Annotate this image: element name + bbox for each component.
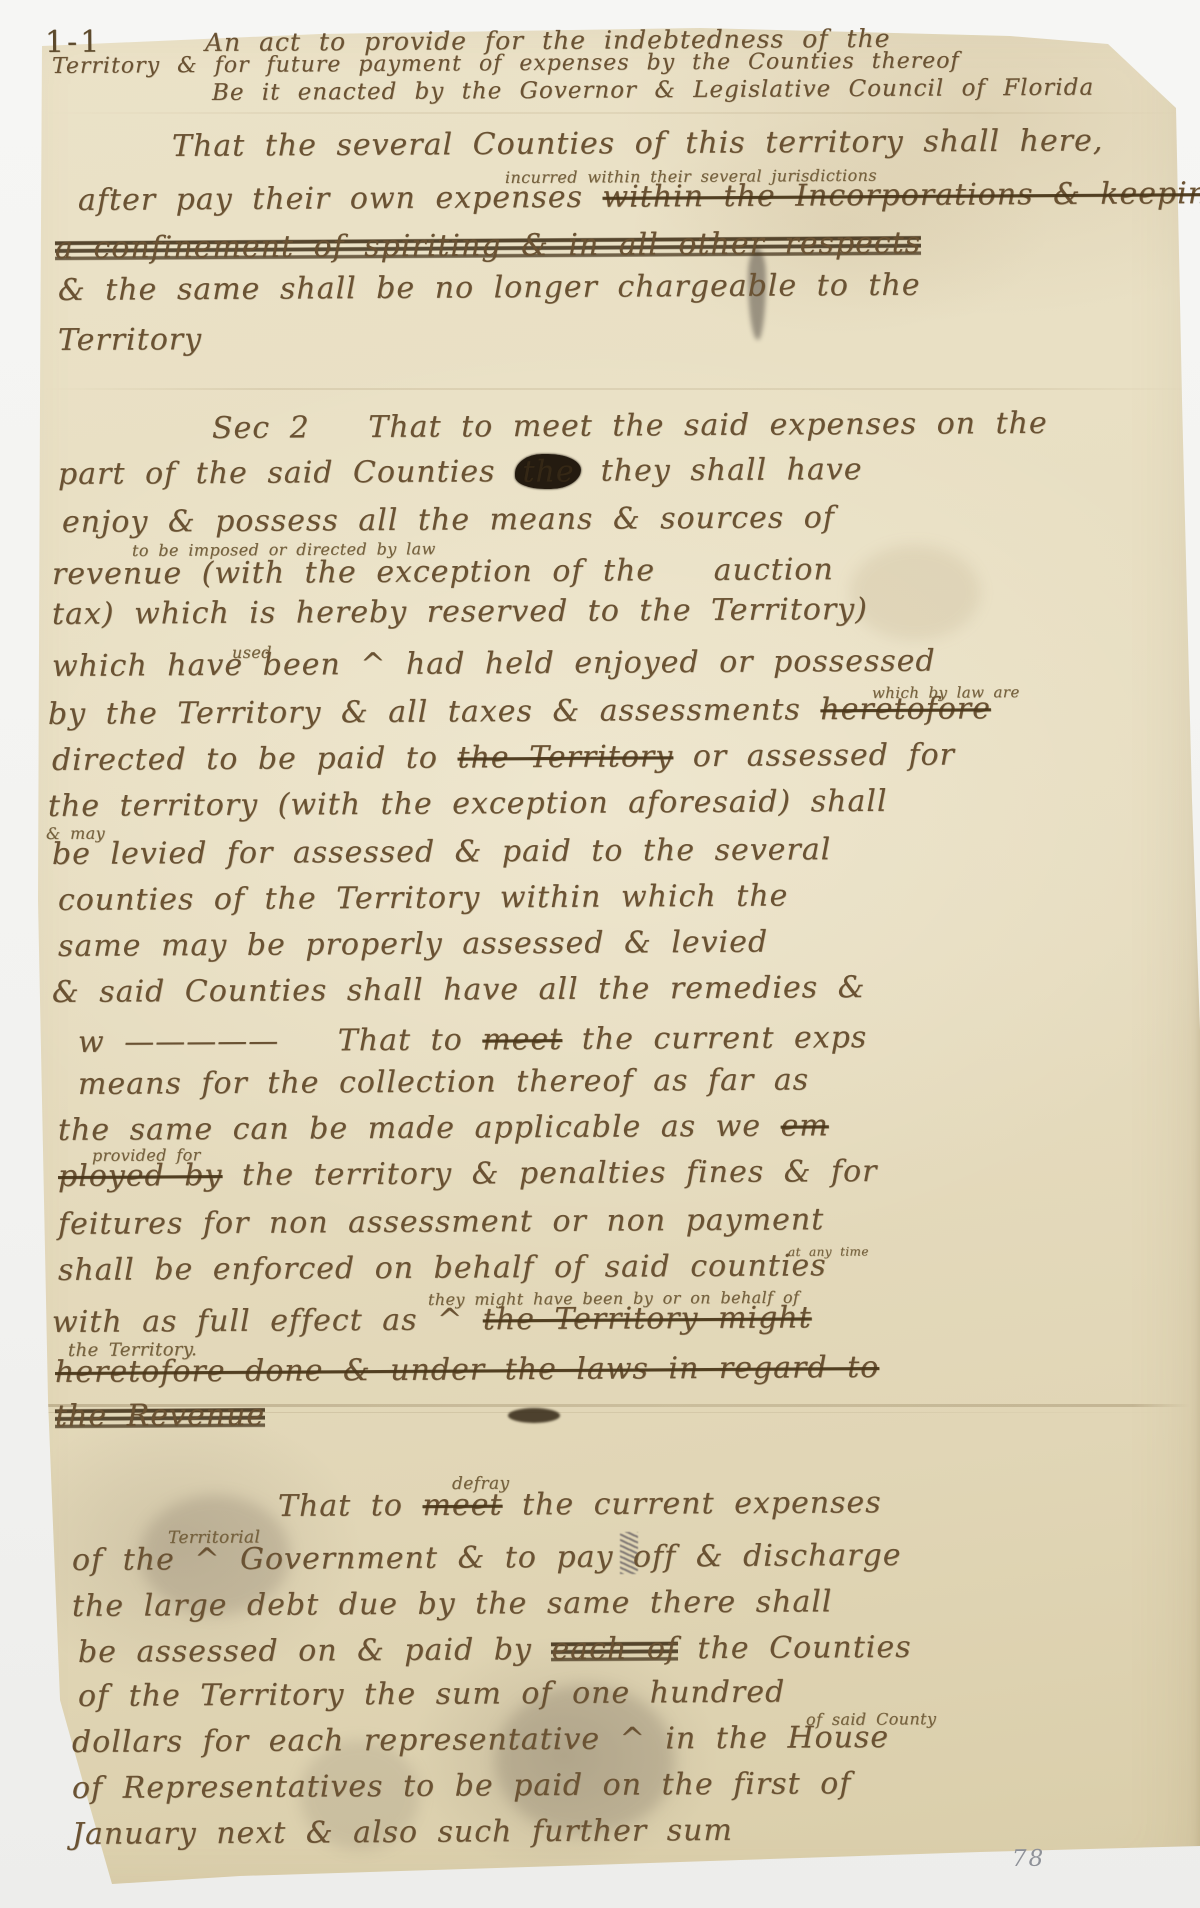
manuscript-line: Territory & for future payment of expens… (52, 50, 960, 78)
manuscript-line: of Representatives to be paid on the fir… (72, 1769, 852, 1804)
text-run: the same can be made applicable as we (58, 1109, 781, 1148)
page-number: 78 (1012, 1848, 1045, 1871)
manuscript-line: which have been ^ had held enjoyed or po… (52, 647, 936, 682)
manuscript-line: ployed by the territory & penalties fine… (58, 1157, 878, 1192)
struck-text: the Territory might (483, 1300, 812, 1337)
struck-text: the Territory (457, 739, 673, 775)
manuscript-line: part of the said Counties the they shall… (58, 455, 863, 490)
ink-blot: the (515, 454, 581, 489)
text-run: & said Counties shall have all the remed… (52, 970, 866, 1010)
struck-text: meet (422, 1488, 502, 1523)
text-run: or assessed for (673, 737, 955, 774)
manuscript-line: enjoy & possess all the means & sources … (62, 503, 835, 538)
text-run: be assessed on & paid by (78, 1632, 552, 1670)
text-run: be levied for assessed & paid to the sev… (52, 832, 831, 872)
text-run: counties of the Territory within which t… (58, 879, 789, 918)
manuscript-line: directed to be paid to the Territory or … (52, 740, 955, 776)
text-run: Territory (58, 322, 202, 358)
manuscript-line: That the several Counties of this territ… (172, 126, 1104, 162)
text-run: part of the said Counties (58, 454, 515, 492)
struck-text: heretofore (820, 691, 991, 727)
struck-text: meet (482, 1022, 562, 1057)
manuscript-line: with as full effect as ^ the Territory m… (52, 1303, 812, 1338)
text-run: revenue (with the exception of the aucti… (52, 552, 834, 592)
manuscript-line: the Revenue (55, 1401, 265, 1432)
manuscript-line: by the Territory & all taxes & assessmen… (48, 694, 991, 730)
manuscript-line: feitures for non assessment or non payme… (58, 1205, 824, 1240)
text-run: Be it enacted by the Governor & Legislat… (212, 75, 1094, 106)
manuscript-line: Be it enacted by the Governor & Legislat… (212, 77, 1094, 105)
manuscript-line: be levied for assessed & paid to the sev… (52, 835, 831, 870)
text-run: of Representatives to be paid on the fir… (72, 1766, 852, 1806)
text-run: feitures for non assessment or non payme… (58, 1202, 824, 1242)
text-run: That to (278, 1488, 423, 1524)
text-run: enjoy & possess all the means & sources … (62, 500, 835, 540)
text-run: the territory & penalties fines & for (222, 1154, 877, 1193)
manuscript-line: the large debt due by the same there sha… (72, 1587, 833, 1622)
struck-text: ployed by (58, 1158, 223, 1194)
text-run: with as full effect as ^ (52, 1302, 483, 1340)
text-run: the Counties (678, 1630, 912, 1666)
text-run: That the several Counties of this territ… (172, 123, 1104, 164)
manuscript-line: counties of the Territory within which t… (58, 882, 789, 916)
manuscript-line: of the Territory the sum of one hundred (78, 1678, 785, 1712)
text-run: after pay their own expenses (78, 180, 603, 218)
text-run: dollars for each representative ^ in the… (72, 1720, 889, 1760)
text-run: That to (279, 1023, 482, 1059)
manuscript-line: heretofore done & under the laws in rega… (55, 1353, 879, 1388)
text-run: Territory & for future payment of expens… (52, 48, 960, 79)
manuscript-line: w ————— That to meet the current exps (78, 1023, 867, 1058)
manuscript-line: be assessed on & paid by each of the Cou… (78, 1633, 912, 1668)
text-run: January next & also such further sum (72, 1813, 733, 1852)
manuscript-line: January next & also such further sum (72, 1816, 733, 1850)
struck-text: heretofore done & under the laws in rega… (55, 1350, 879, 1390)
text-run: they shall have (581, 452, 863, 489)
manuscript-line: the same can be made applicable as we em (58, 1111, 829, 1146)
text-run: the territory (with the exception afores… (48, 784, 888, 824)
manuscript-line: a confinement of spiriting & in all othe… (55, 229, 921, 264)
text-run: which have been ^ had held enjoyed or po… (52, 644, 936, 684)
manuscript-line: means for the collection thereof as far … (78, 1066, 809, 1100)
manuscript-line: & the same shall be no longer chargeable… (58, 271, 921, 306)
text-run: Sec 2 That to meet the said expenses on … (212, 406, 1048, 446)
scan-background: 1-1 78 An act to provide for the indebte… (0, 0, 1200, 1908)
text-run: tax) which is hereby reserved to the Ter… (52, 592, 868, 632)
text-run: same may be properly assessed & levied (58, 925, 768, 964)
manuscript-line: tax) which is hereby reserved to the Ter… (52, 595, 868, 630)
struck-text: em (780, 1108, 828, 1143)
manuscript-line: Territory (58, 325, 202, 356)
text-run: & the same shall be no longer chargeable… (58, 268, 921, 308)
manuscript-line: same may be properly assessed & levied (58, 928, 768, 962)
manuscript-line: dollars for each representative ^ in the… (72, 1723, 889, 1758)
text-run: w ————— (78, 1024, 279, 1060)
struck-text: within the Incorporations & keeping (602, 176, 1200, 215)
scribbled-out-text: a confinement of spiriting & in all othe… (55, 226, 921, 266)
manuscript-line: shall be enforced on behalf of said coun… (58, 1251, 827, 1286)
text-run: directed to be paid to (52, 741, 458, 778)
handwriting-layer: 1-1 78 An act to provide for the indebte… (0, 0, 1200, 1908)
text-run: shall be enforced on behalf of said coun… (58, 1248, 827, 1288)
manuscript-line: Sec 2 That to meet the said expenses on … (212, 409, 1048, 444)
text-run: the large debt due by the same there sha… (72, 1584, 833, 1624)
text-run: of the Territory the sum of one hundred (78, 1675, 785, 1714)
manuscript-line: revenue (with the exception of the aucti… (52, 555, 834, 590)
text-run: the current expenses (502, 1485, 881, 1522)
manuscript-line: after pay their own expenses within the … (78, 179, 1200, 216)
manuscript-line: of the ^ Government & to pay off & disch… (72, 1541, 902, 1576)
text-run: of the ^ Government & to pay off & disch… (72, 1538, 902, 1578)
manuscript-line: the territory (with the exception afores… (48, 787, 888, 822)
text-run: by the Territory & all taxes & assessmen… (48, 692, 821, 732)
text-run: means for the collection thereof as far … (78, 1063, 809, 1102)
scribbled-out-text: the Revenue (55, 1398, 265, 1434)
text-run: the current exps (562, 1020, 867, 1057)
manuscript-line: That to meet the current expenses (278, 1488, 882, 1522)
scribbled-out-text: each of (551, 1631, 678, 1667)
manuscript-line: & said Counties shall have all the remed… (52, 973, 866, 1008)
